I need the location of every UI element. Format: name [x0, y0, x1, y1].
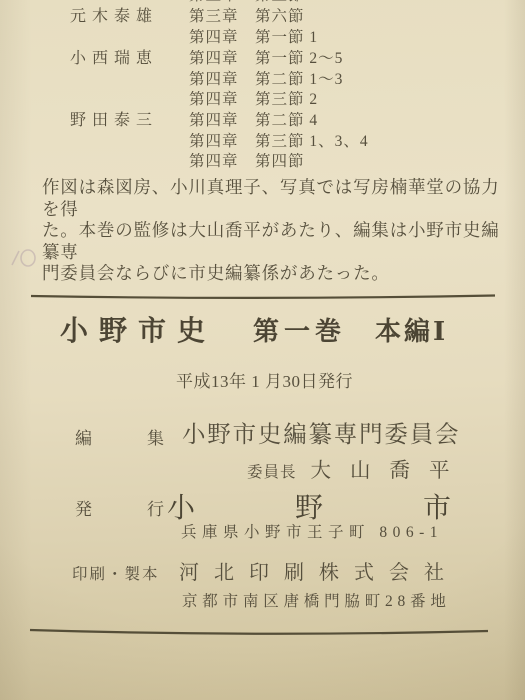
committee-chair-row: 委員長 大山喬平: [247, 453, 469, 483]
contributor-row: 第四章 第三節 1、3、4: [0, 131, 525, 152]
chair-label: 委員長: [247, 460, 297, 482]
section-label: 第三節 2: [255, 89, 318, 110]
chapter-label: 第四章: [189, 27, 239, 48]
book-title-main: 小野市史: [60, 309, 216, 349]
acknowledgement-line: た。本巻の監修は大山喬平があたり、編集は小野市史編纂専: [42, 220, 517, 263]
contributor-name: 元木泰雄: [70, 6, 158, 27]
editing-committee-name: 小野市史編纂専門委員会: [182, 415, 460, 449]
book-colophon-page: { "colors": { "paper": "#eae1c6", "ink":…: [0, 0, 525, 700]
printer-label: 印刷・製本: [72, 562, 160, 584]
chapter-label: 第四章: [189, 89, 239, 110]
acknowledgement-line: 門委員会ならびに市史編纂係があたった。: [42, 263, 517, 285]
contributor-row: 第四章 第二節 1〜3: [0, 69, 525, 90]
contributor-row: 第四章 第一節 1: [0, 27, 525, 48]
chapter-label: 第四章: [189, 48, 239, 69]
chapter-label: 第四章: [189, 110, 239, 131]
book-edition: 本編Ⅰ: [375, 311, 448, 348]
section-label: 第六節: [255, 6, 305, 27]
contributor-row: 野田泰三 第四章 第二節 4: [0, 110, 525, 131]
publisher-address: 兵庫県小野市王子町 806-1: [181, 520, 443, 542]
chapter-label: 第四章: [189, 131, 239, 152]
colophon-bottom-rule: [28, 627, 490, 639]
contributor-name: 小西瑞恵: [70, 48, 158, 69]
acknowledgement-line: 作図は森図房、小川真理子、写真では写房楠華堂の協力を得: [42, 177, 517, 220]
section-label: 第二節 4: [255, 110, 318, 131]
section-label: 第四節: [255, 151, 305, 172]
contributor-name: 野田泰三: [70, 110, 158, 131]
contributor-row: 小西瑞恵 第四章 第一節 2〜5: [0, 48, 525, 69]
chapter-label: 第三章: [189, 6, 239, 27]
section-label: 第二節 1〜3: [255, 69, 343, 90]
contributor-row: 第四章 第三節 2: [0, 89, 525, 110]
section-label: 第一節 1: [255, 27, 318, 48]
chair-name: 大山喬平: [311, 453, 469, 483]
chapter-label: 第四章: [189, 151, 239, 172]
colophon-top-rule: [30, 293, 497, 301]
book-volume: 第一巻: [253, 311, 346, 348]
faint-smudge: [9, 248, 39, 270]
printer-address: 京都市南区唐橋門脇町28番地: [182, 589, 451, 611]
acknowledgement-paragraph: 作図は森図房、小川真理子、写真では写房楠華堂の協力を得 た。本巻の監修は大山喬平…: [42, 177, 517, 285]
book-title: 小野市史 第一巻 本編Ⅰ: [60, 309, 448, 349]
contributor-row: 第四章 第四節: [0, 151, 525, 172]
publication-date: 平成13年 1 月30日発行: [176, 367, 353, 392]
section-label: 第一節 2〜5: [255, 48, 343, 69]
contributor-row: 元木泰雄 第三章 第六節: [0, 6, 525, 27]
section-label: 第三節 1、3、4: [255, 131, 369, 152]
chapter-label: 第四章: [189, 69, 239, 90]
printer-name: 河北印刷株式会社: [179, 556, 459, 585]
